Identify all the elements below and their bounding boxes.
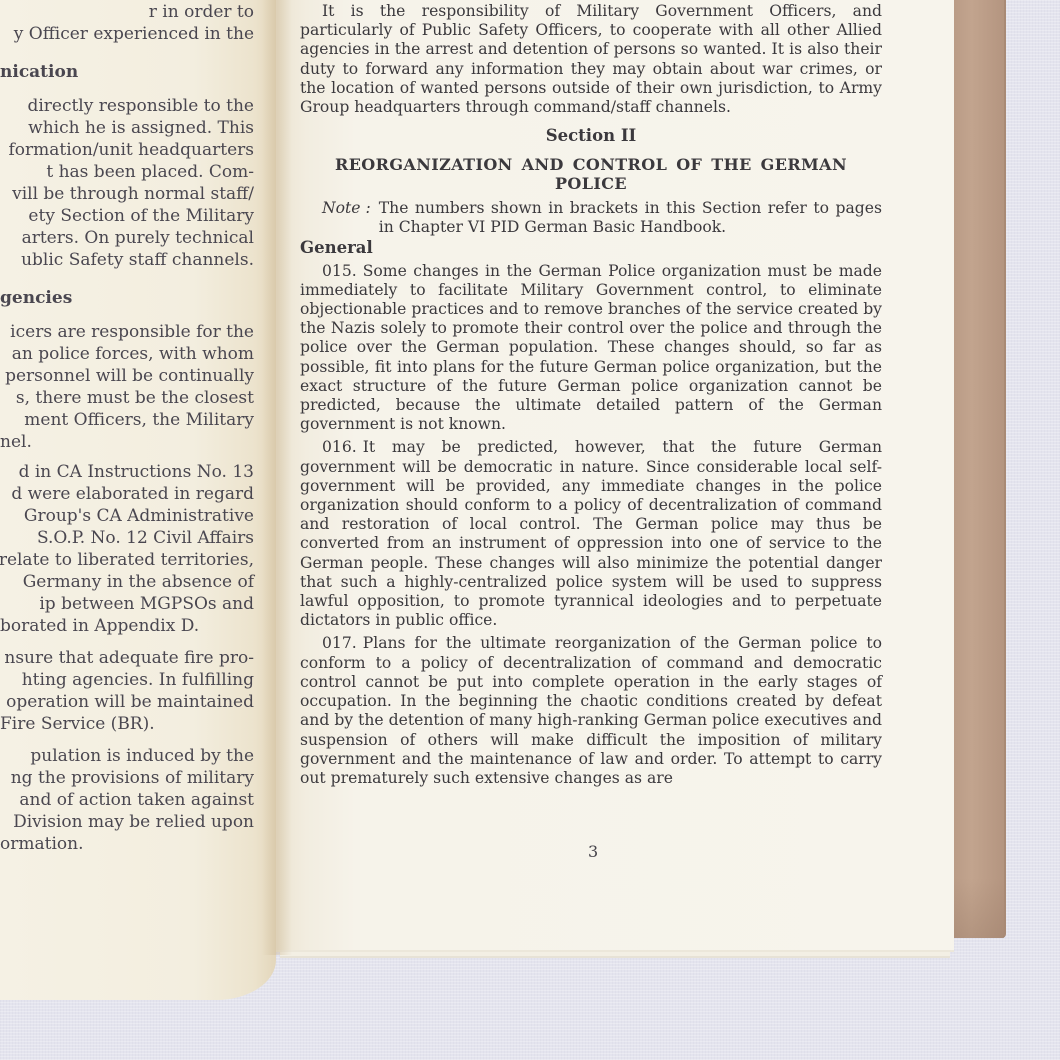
left-page-line: Germany in the absence of	[23, 572, 254, 593]
paragraph-text: Plans for the ultimate reorganization of…	[300, 634, 882, 786]
paragraph-number: 017.	[322, 634, 357, 652]
paragraph-number: 016.	[322, 438, 357, 456]
left-page-line: Group's CA Administrative	[24, 506, 254, 527]
left-page-line: ety Section of the Military	[28, 206, 254, 227]
left-page-line: s, there must be the closest	[16, 388, 254, 409]
left-page-line: ment Officers, the Military	[24, 410, 254, 431]
left-page-line: ip between MGPSOs and	[39, 594, 254, 615]
note-label: Note :	[322, 199, 371, 236]
book-cover-board	[950, 0, 1006, 938]
paragraph-number: 015.	[322, 262, 357, 280]
left-page-line: borated in Appendix D.	[0, 616, 199, 637]
intro-paragraph: It is the responsibility of Military Gov…	[300, 0, 882, 117]
left-page-line: operation will be maintained	[6, 692, 254, 713]
left-page-line: formation/unit headquarters	[8, 140, 254, 161]
left-page-line: y Officer experienced in the	[14, 24, 254, 45]
left-page: r in order toy Officer experienced in th…	[0, 0, 276, 1000]
left-page-line: an police forces, with whom	[12, 344, 254, 365]
right-page-text: It is the responsibility of Military Gov…	[300, 0, 882, 792]
paragraph-text: It may be predicted, however, that the f…	[300, 438, 882, 629]
section-label: Section II	[300, 126, 882, 145]
left-page-line: ng the provisions of military	[11, 768, 254, 789]
left-page-line: directly responsible to the	[27, 96, 254, 117]
left-page-line: pulation is induced by the	[30, 746, 254, 767]
left-page-line: d were elaborated in regard	[11, 484, 254, 505]
left-page-line: icers are responsible for the	[10, 322, 254, 343]
left-page-heading: nication	[0, 62, 78, 83]
left-page-line: nel.	[0, 432, 32, 453]
left-page-line: d in CA Instructions No. 13	[19, 462, 254, 483]
page-number: 3	[588, 842, 598, 861]
paragraph-017: 017.Plans for the ultimate reorganizatio…	[300, 634, 882, 788]
left-page-line: vill be through normal staff/	[12, 184, 254, 205]
section-title: REORGANIZATION AND CONTROL OF THE GERMAN…	[300, 155, 882, 193]
left-page-line: relate to liberated territories,	[0, 550, 254, 571]
left-page-line: hting agencies. In fulfilling	[22, 670, 254, 691]
note-text: The numbers shown in brackets in this Se…	[379, 199, 882, 236]
left-page-line: r in order to	[149, 2, 254, 23]
paragraph-016: 016.It may be predicted, however, that t…	[300, 438, 882, 630]
section-note: Note : The numbers shown in brackets in …	[322, 199, 882, 236]
left-page-line: Division may be relied upon	[13, 812, 254, 833]
left-page-line: Fire Service (BR).	[0, 714, 155, 735]
left-page-line: personnel will be continually	[5, 366, 254, 387]
left-page-line: which he is assigned. This	[28, 118, 254, 139]
left-page-line: arters. On purely technical	[22, 228, 254, 249]
paragraph-015: 015.Some changes in the German Police or…	[300, 262, 882, 435]
left-page-line: nsure that adequate fire pro-	[4, 648, 254, 669]
left-page-line: t has been placed. Com-	[46, 162, 254, 183]
left-page-heading: gencies	[0, 288, 72, 309]
left-page-line: and of action taken against	[19, 790, 254, 811]
left-page-line: ormation.	[0, 834, 83, 855]
subheading-general: General	[300, 238, 882, 257]
paragraph-text: Some changes in the German Police organi…	[300, 262, 882, 434]
left-page-line: S.O.P. No. 12 Civil Affairs	[37, 528, 254, 549]
left-page-line: ublic Safety staff channels.	[21, 250, 254, 271]
